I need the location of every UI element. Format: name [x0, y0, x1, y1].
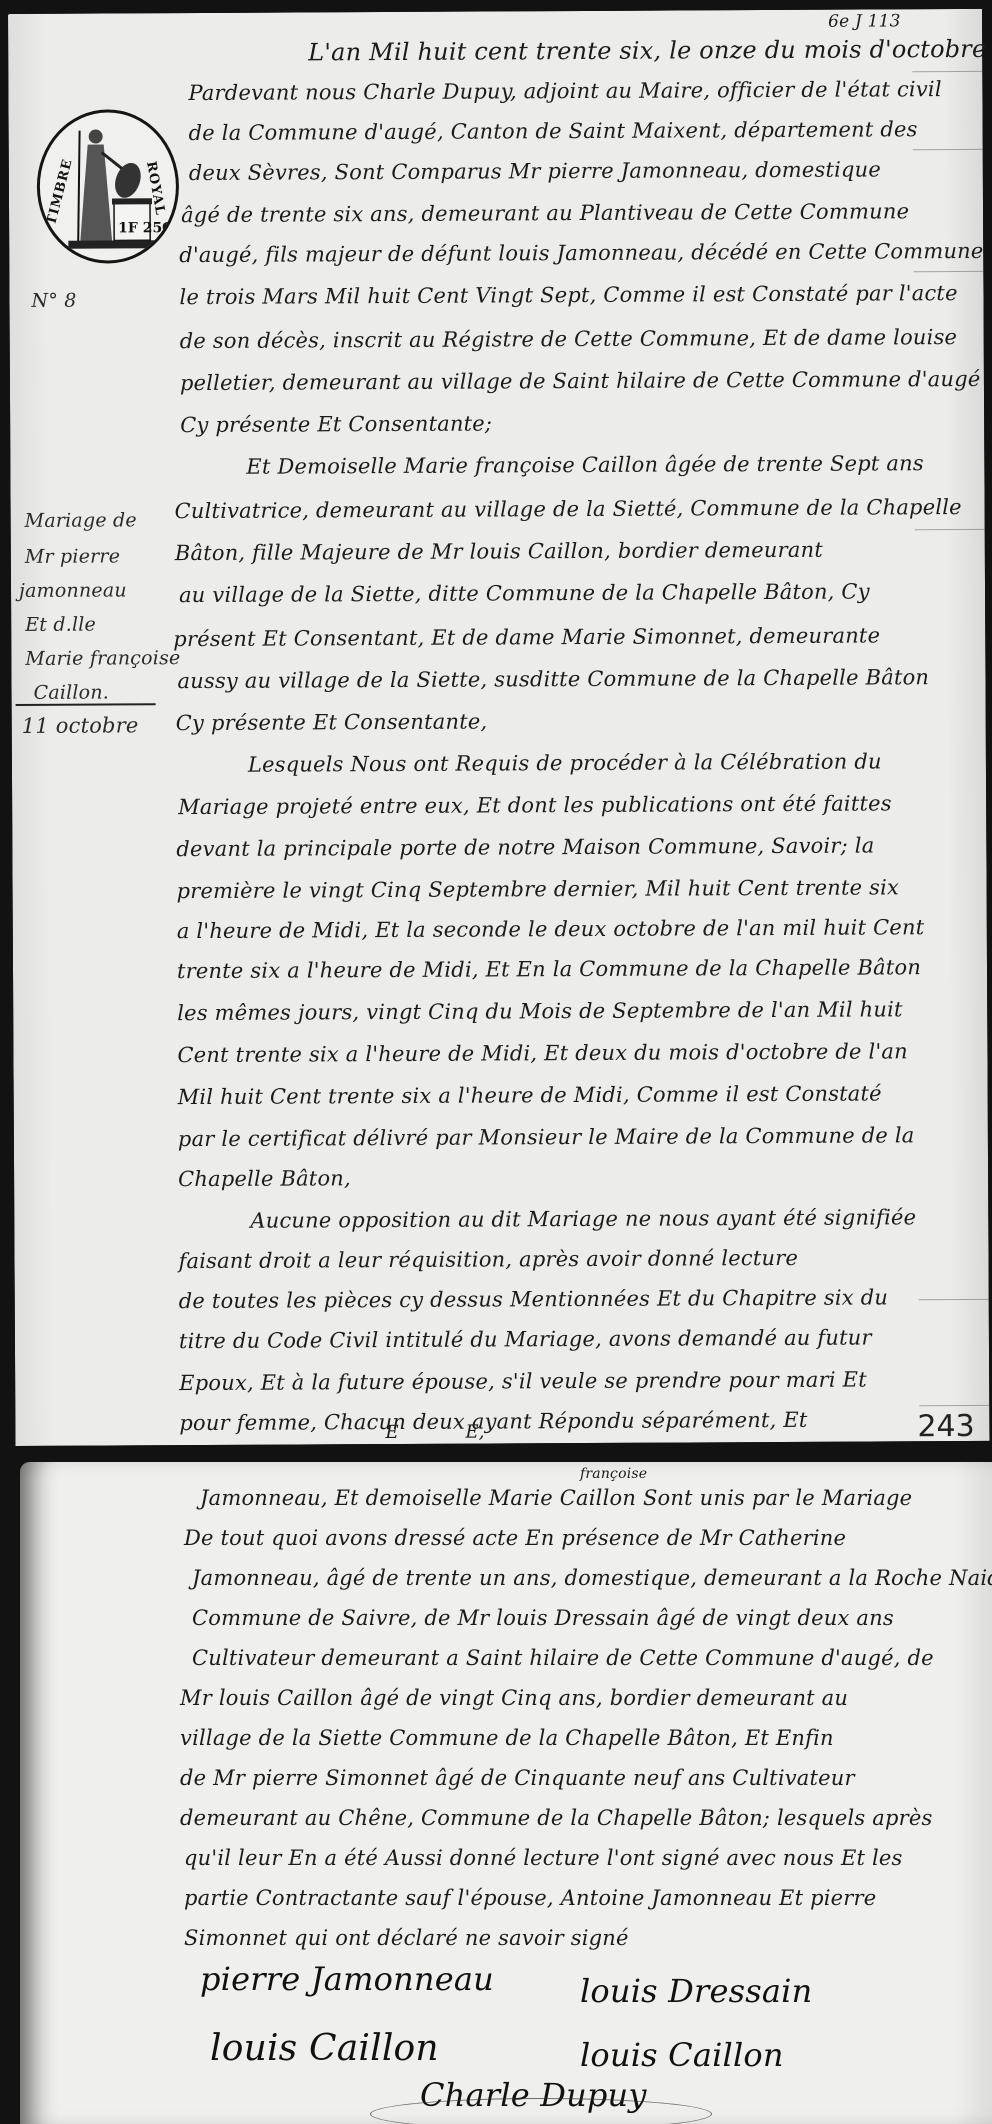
signature-groom: pierre Jamonneau — [200, 1960, 494, 1998]
record-line: Commune de Saivre, de Mr louis Dressain … — [192, 1606, 894, 1630]
footer-mark: E — [385, 1422, 398, 1443]
record-line: de Mr pierre Simonnet âgé de Cinquante n… — [180, 1766, 855, 1790]
entry-number: N° 8 — [31, 290, 76, 312]
record-line: les mêmes jours, vingt Cinq du Mois de S… — [177, 997, 902, 1025]
record-line: âgé de trente six ans, demeurant au Plan… — [181, 199, 909, 227]
record-line: Epoux, Et à la future épouse, s'il veule… — [179, 1368, 867, 1396]
page-number: 243 — [917, 1409, 974, 1444]
record-line: Aucune opposition au dit Mariage ne nous… — [250, 1205, 916, 1232]
record-line: pour femme, Chacun deux ayant Répondu sé… — [179, 1408, 807, 1435]
record-line: Cy présente Et Consentante; — [180, 411, 492, 437]
record-line: Cultivateur demeurant a Saint hilaire de… — [192, 1646, 934, 1670]
footer-mark: E, — [465, 1422, 484, 1443]
register-page-top: 6e J 113 TIMBRE ROYAL 1F 25C N° 8 Mariag… — [8, 9, 989, 1446]
record-line: Simonnet qui ont déclaré ne savoir signé — [184, 1926, 629, 1950]
margin-note-line: Mariage de — [25, 509, 137, 532]
record-line: Mariage projeté entre eux, Et dont les p… — [178, 791, 892, 819]
folio-reference: 6e J 113 — [828, 11, 901, 31]
margin-note-line: Et d.lle — [25, 614, 96, 636]
record-line: deux Sèvres, Sont Comparus Mr pierre Jam… — [189, 157, 881, 185]
record-line: Cultivatrice, demeurant au village de la… — [175, 495, 962, 523]
record-line: présent Et Consentant, Et de dame Marie … — [173, 623, 880, 651]
record-line: Et Demoiselle Marie françoise Caillon âg… — [246, 451, 924, 479]
record-line: par le certificat délivré par Monsieur l… — [178, 1123, 915, 1151]
margin-date: 11 octobre — [22, 713, 139, 738]
record-line: De tout quoi avons dressé acte En présen… — [184, 1526, 846, 1550]
record-line: le trois Mars Mil huit Cent Vingt Sept, … — [179, 281, 957, 309]
signature-witness: louis Caillon — [580, 2036, 784, 2074]
record-line: faisant droit a leur réquisition, après … — [178, 1246, 798, 1273]
record-line: a l'heure de Midi, Et la seconde le deux… — [177, 915, 925, 943]
record-line: L'an Mil huit cent trente six, le onze d… — [308, 35, 986, 67]
margin-note-line: Caillon. — [33, 681, 109, 703]
record-line: Mil huit Cent trente six a l'heure de Mi… — [178, 1081, 882, 1109]
register-page-bottom: françoise Jamonneau, Et demoiselle Marie… — [20, 1462, 992, 2124]
signature-witness: louis Caillon — [210, 2028, 439, 2069]
record-line: Jamonneau, Et demoiselle Marie Caillon S… — [200, 1486, 912, 1510]
record-line: partie Contractante sauf l'épouse, Antoi… — [184, 1886, 876, 1910]
record-line: Mr louis Caillon âgé de vingt Cinq ans, … — [180, 1686, 848, 1710]
record-line: qu'il leur En a été Aussi donné lecture … — [184, 1846, 903, 1870]
stamp-value: 1F 25C — [118, 220, 173, 236]
record-line: titre du Code Civil intitulé du Mariage,… — [179, 1325, 872, 1353]
signature-witness: louis Dressain — [580, 1972, 812, 2010]
margin-note-line: jamonneau — [19, 579, 127, 602]
record-line: devant la principale porte de notre Mais… — [176, 833, 874, 861]
record-line: Bâton, fille Majeure de Mr louis Caillon… — [175, 538, 823, 565]
record-line: Lesquels Nous ont Requis de procéder à l… — [248, 749, 882, 776]
record-line: village de la Siette Commune de la Chape… — [180, 1726, 834, 1750]
record-line: aussy au village de la Siette, susditte … — [177, 665, 929, 693]
record-line: de la Commune d'augé, Canton de Saint Ma… — [189, 117, 918, 145]
record-line: Cy présente Et Consentante, — [176, 710, 488, 736]
record-line: au village de la Siette, ditte Commune d… — [179, 579, 870, 607]
signature-flourish — [370, 2098, 712, 2124]
record-line: Chapelle Bâton, — [178, 1166, 351, 1191]
record-line: de son décès, inscrit au Régistre de Cet… — [180, 325, 958, 353]
royal-stamp: TIMBRE ROYAL 1F 25C — [37, 109, 180, 264]
record-line: d'augé, fils majeur de défunt louis Jamo… — [179, 239, 983, 267]
record-line: demeurant au Chêne, Commune de la Chapel… — [180, 1806, 932, 1830]
record-line: trente six a l'heure de Midi, Et En la C… — [177, 955, 921, 983]
record-line: Cent trente six a l'heure de Midi, Et de… — [177, 1039, 908, 1067]
record-line: première le vingt Cinq Septembre dernier… — [177, 875, 900, 903]
margin-note-line: Mr pierre — [25, 545, 120, 567]
interlinear-insert: françoise — [580, 1466, 647, 1482]
record-line: pelletier, demeurant au village de Saint… — [180, 367, 981, 395]
margin-divider — [16, 703, 156, 706]
record-line: Pardevant nous Charle Dupuy, adjoint au … — [188, 77, 941, 105]
record-line: de toutes les pièces cy dessus Mentionné… — [179, 1285, 888, 1313]
record-line: Jamonneau, âgé de trente un ans, domesti… — [192, 1566, 992, 1590]
margin-note-line: Marie françoise — [25, 647, 180, 670]
